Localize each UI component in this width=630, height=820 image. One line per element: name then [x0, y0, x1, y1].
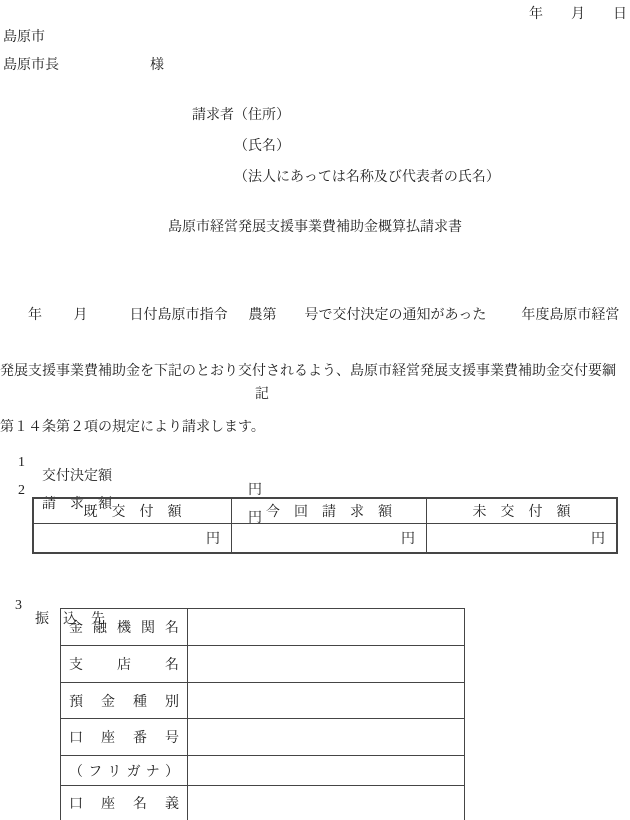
- amount-table-header-row: 既 交 付 額 今 回 請 求 額 未 交 付 額: [34, 499, 616, 524]
- bank-label-account-number: 口座番号: [69, 727, 179, 747]
- request-amount-row: 2 請 求 額 円: [0, 470, 630, 486]
- bank-row-account-name: 口座名義: [61, 786, 464, 820]
- item-number: 2: [18, 484, 25, 498]
- addressee-line: 島原市長様: [3, 59, 164, 73]
- unpaid-amount-cell: 円: [427, 524, 616, 552]
- bank-label-account-type: 預金種別: [69, 691, 179, 711]
- yen-unit: 円: [248, 484, 262, 498]
- bank-label-furigana: （フリガナ）: [69, 761, 179, 781]
- header-paid-amount: 既 交 付 額: [34, 499, 232, 524]
- sender-name: 島原市: [3, 31, 45, 45]
- header-current-request-amount: 今 回 請 求 額: [232, 499, 427, 524]
- document-title: 島原市経営発展支援事業費補助金概算払請求書: [0, 221, 630, 235]
- requester-corporate-note: （法人にあっては名称及び代表者の氏名）: [234, 171, 500, 185]
- amount-table: 既 交 付 額 今 回 請 求 額 未 交 付 額 円 円 円: [32, 497, 618, 554]
- bank-label-account-name: 口座名義: [69, 793, 179, 813]
- bank-value-furigana: [188, 756, 464, 785]
- section-number: 3: [15, 599, 22, 613]
- addressee-honorific: 様: [150, 59, 164, 73]
- item-number: 1: [18, 456, 25, 470]
- bank-value-account-name: [188, 786, 464, 820]
- header-unpaid-amount: 未 交 付 額: [427, 499, 616, 524]
- paid-amount-cell: 円: [34, 524, 232, 552]
- bank-label-institution: 金融機関名: [69, 617, 179, 637]
- bank-row-account-type: 預金種別: [61, 683, 464, 719]
- addressee-name: 島原市長: [3, 58, 59, 73]
- requester-address-line: 請求者（住所）: [192, 109, 290, 123]
- body-line: 第１４条第２項の規定により請求します。: [0, 414, 630, 442]
- body-line: 発展支援事業費補助金を下記のとおり交付されるよう、島原市経営発展支援事業費補助金…: [0, 358, 630, 386]
- bank-row-branch: 支店名: [61, 646, 464, 683]
- amount-table-value-row: 円 円 円: [34, 524, 616, 552]
- transfer-destination-heading: 3 振 込 先: [0, 585, 630, 601]
- requester-name-line: （氏名）: [234, 140, 290, 154]
- body-line: 年 月 日付島原市指令 農第 号で交付決定の通知があった 年度島原市経営: [0, 302, 630, 330]
- bank-value-institution: [188, 609, 464, 645]
- date-line: 年 月 日: [529, 8, 627, 22]
- document-page: 年 月 日 島原市 島原市長様 請求者（住所） （氏名） （法人にあっては名称及…: [0, 0, 630, 820]
- bank-value-branch: [188, 646, 464, 682]
- bank-row-furigana: （フリガナ）: [61, 756, 464, 786]
- bank-value-account-type: [188, 683, 464, 718]
- body-paragraph: 年 月 日付島原市指令 農第 号で交付決定の通知があった 年度島原市経営 発展支…: [0, 274, 630, 470]
- bank-table: 金融機関名 支店名 預金種別 口座番号 （フリガナ） 口座名義: [60, 608, 465, 820]
- bank-value-account-number: [188, 719, 464, 755]
- decision-amount-row: 1 交付決定額 円: [0, 442, 630, 458]
- current-request-amount-cell: 円: [232, 524, 427, 552]
- ki-marker: 記: [255, 388, 269, 402]
- bank-label-branch: 支店名: [69, 654, 179, 674]
- bank-row-account-number: 口座番号: [61, 719, 464, 756]
- bank-row-institution: 金融機関名: [61, 609, 464, 646]
